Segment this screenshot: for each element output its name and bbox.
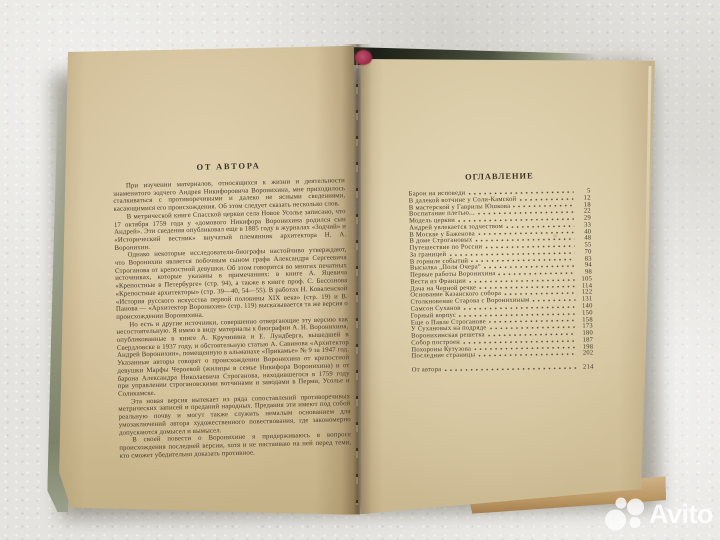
left-page-heading: ОТ АВТОРА bbox=[112, 159, 344, 174]
author-note-paragraph: В своей повести о Воронихине я придержив… bbox=[119, 431, 351, 460]
dot-leader bbox=[444, 364, 576, 373]
author-note-text: При изучении материалов, относящихся к ж… bbox=[113, 177, 352, 460]
author-note-paragraph: Эта новая версия вытекает из ряда сопост… bbox=[118, 393, 351, 437]
photo-of-open-book: ОТ АВТОРА При изучении материалов, относ… bbox=[0, 0, 720, 540]
right-page: ОГЛАВЛЕНИЕ Барон на исповеди 5 В далекой… bbox=[356, 42, 658, 515]
author-note-paragraph: Однако некоторые исследователи-биографы … bbox=[115, 247, 349, 322]
avito-watermark-text: Avito bbox=[649, 501, 713, 528]
toc-entry-page: 214 bbox=[580, 364, 594, 371]
toc-heading: ОГЛАВЛЕНИЕ bbox=[408, 170, 590, 182]
book-gutter bbox=[342, 44, 372, 514]
left-page: ОТ АВТОРА При изучении материалов, относ… bbox=[58, 44, 360, 515]
toc-list: Барон на исповеди 5 В далекой вотчине у … bbox=[409, 187, 594, 359]
toc-entry-page: 202 bbox=[579, 350, 593, 357]
author-note-paragraph: В метрической книге Спасской церкви села… bbox=[114, 208, 347, 252]
toc-entry-title: От автора bbox=[412, 366, 442, 374]
avito-logo-icon bbox=[604, 494, 646, 534]
author-note-paragraph: Но есть и другие источники, совершенно о… bbox=[116, 316, 350, 399]
table-of-contents: ОГЛАВЛЕНИЕ Барон на исповеди 5 В далекой… bbox=[408, 170, 593, 373]
toc-entry-title: Последние страницы bbox=[411, 352, 475, 360]
author-note: ОТ АВТОРА При изучении материалов, относ… bbox=[112, 159, 351, 460]
toc-entry-author-note: От автора 214 bbox=[412, 364, 594, 374]
avito-watermark: Avito bbox=[604, 494, 713, 534]
dot-leader bbox=[478, 350, 576, 358]
